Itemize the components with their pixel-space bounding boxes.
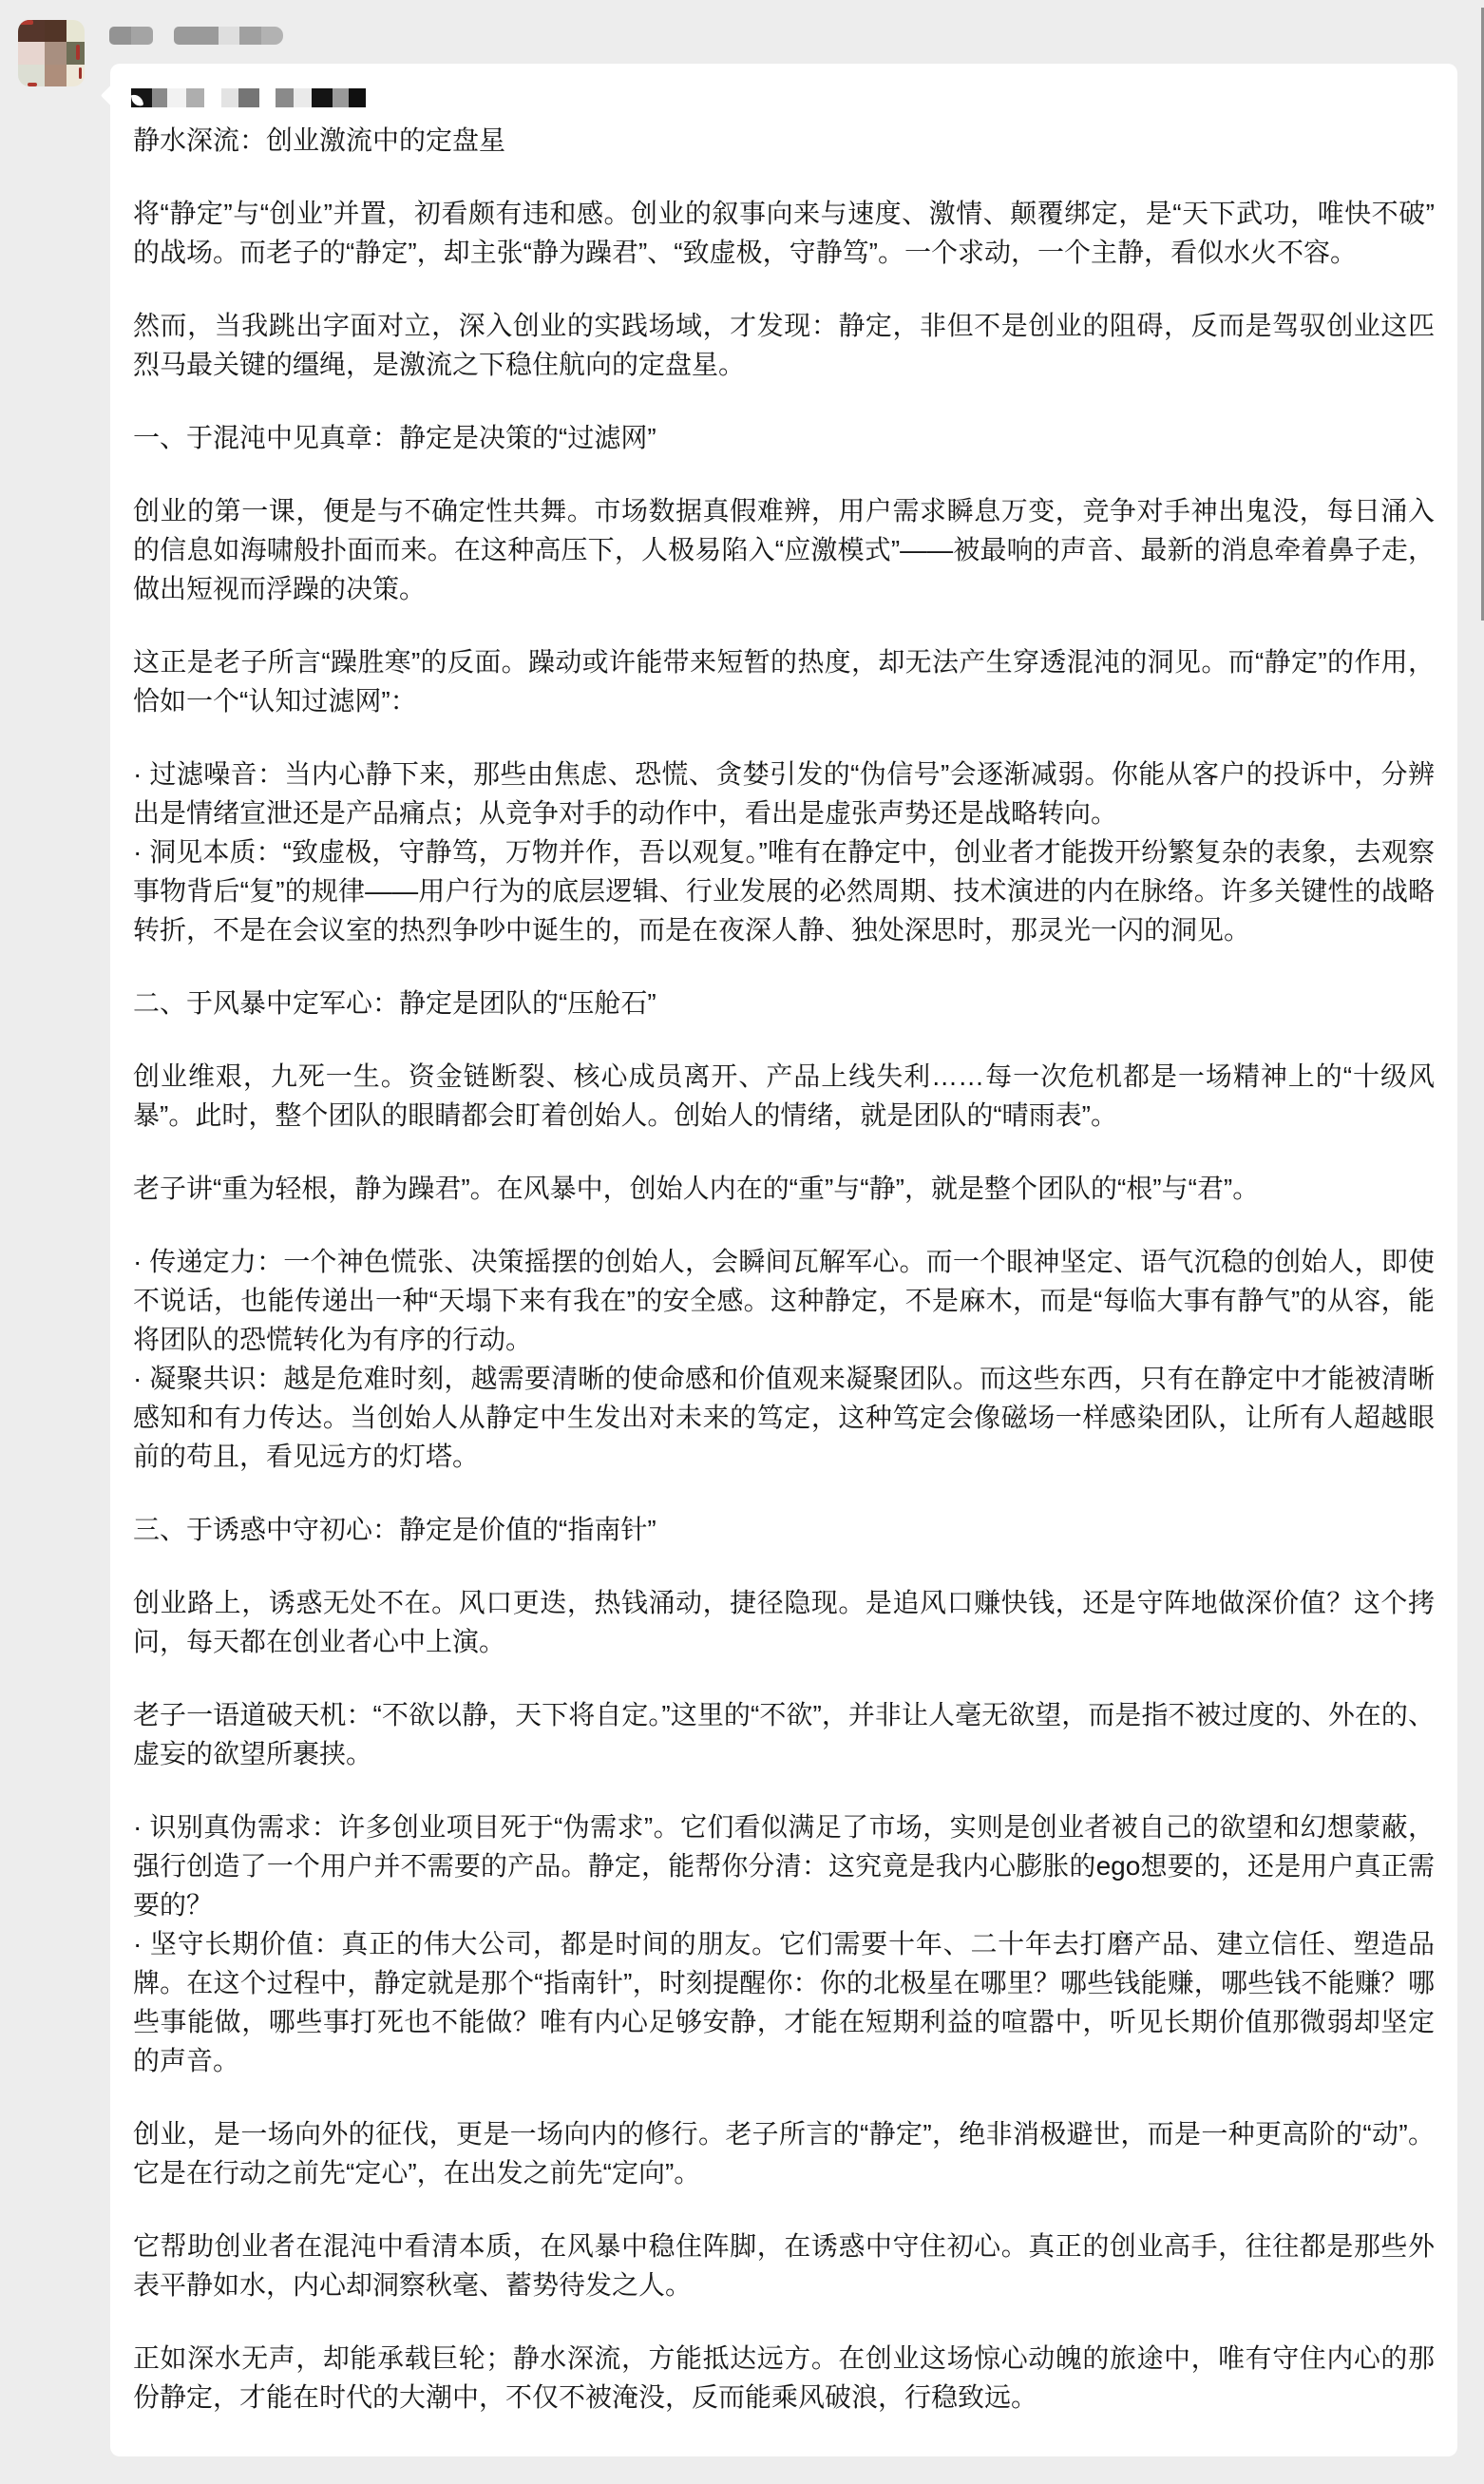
avatar-pixel (45, 42, 67, 64)
article-title: 静水深流：创业激流中的定盘星 (133, 121, 1435, 160)
redaction-block (131, 27, 153, 45)
article-paragraph: 创业的第一课，便是与不确定性共舞。市场数据真假难辨，用户需求瞬息万变，竞争对手神… (133, 491, 1435, 608)
avatar-accent (28, 83, 37, 86)
avatar-accent (20, 20, 33, 25)
redaction-block (294, 88, 312, 107)
redaction-block (109, 27, 131, 45)
article-paragraph: · 洞见本质：“致虚极，守静笃，万物并作，吾以观复。”唯有在静定中，创业者才能拨… (133, 832, 1435, 949)
article-paragraph: 将“静定”与“创业”并置，初看颇有违和感。创业的叙事向来与速度、激情、颠覆绑定，… (133, 194, 1435, 272)
redaction-block (204, 88, 221, 107)
section-heading: 一、于混沌中见真章：静定是决策的“过滤网” (133, 418, 1435, 457)
section-heading: 三、于诱惑中守初心：静定是价值的“指南针” (133, 1510, 1435, 1549)
redaction-block (349, 88, 366, 107)
article-paragraph: 老子一语道破天机：“不欲以静，天下将自定。”这里的“不欲”，并非让人毫无欲望，而… (133, 1695, 1435, 1773)
avatar-accent (76, 45, 80, 60)
article-paragraph: 创业路上，诱惑无处不在。风口更迭，热钱涌动，捷径隐现。是追风口赚快钱，还是守阵地… (133, 1583, 1435, 1661)
redaction-block (131, 88, 152, 107)
redaction-block (152, 88, 167, 107)
bubble-tail-icon (101, 86, 121, 105)
article-paragraph: 老子讲“重为轻根，静为躁君”。在风暴中，创始人内在的“重”与“静”，就是整个团队… (133, 1169, 1435, 1208)
section-heading: 二、于风暴中定军心：静定是团队的“压舱石” (133, 984, 1435, 1022)
redaction-block (221, 88, 238, 107)
redaction-block (239, 27, 261, 45)
redaction-block (167, 88, 186, 107)
redaction-block (174, 27, 219, 45)
message-bubble[interactable]: 静水深流：创业激流中的定盘星将“静定”与“创业”并置，初看颇有违和感。创业的叙事… (110, 64, 1457, 2456)
avatar-pixel-row (18, 42, 85, 64)
message-body: 静水深流：创业激流中的定盘星将“静定”与“创业”并置，初看颇有违和感。创业的叙事… (133, 121, 1435, 2417)
article-paragraph: 它帮助创业者在混沌中看清本质，在风暴中稳住阵脚，在诱惑中守住初心。真正的创业高手… (133, 2226, 1435, 2304)
redaction-block (312, 88, 333, 107)
chat-background: { "colors": { "background": "#ededed", "… (0, 0, 1484, 2484)
avatar-pixel (45, 20, 67, 42)
avatar-accent (79, 67, 82, 79)
redaction-block (186, 88, 204, 107)
article-paragraph: · 凝聚共识：越是危难时刻，越需要清晰的使命感和价值观来凝聚团队。而这些东西，只… (133, 1359, 1435, 1476)
article-paragraph: 这正是老子所言“躁胜寒”的反面。躁动或许能带来短暂的热度，却无法产生穿透混沌的洞… (133, 642, 1435, 720)
article-paragraph: · 坚守长期价值：真正的伟大公司，都是时间的朋友。它们需要十年、二十年去打磨产品… (133, 1924, 1435, 2080)
avatar-pixel (18, 42, 45, 64)
redaction-block (259, 88, 276, 107)
redaction-block (219, 27, 239, 45)
redaction-block (333, 88, 349, 107)
article-paragraph: · 识别真伪需求：许多创业项目死于“伪需求”。它们看似满足了市场，实则是创业者被… (133, 1807, 1435, 1924)
article-paragraph: · 过滤噪音：当内心静下来，那些由焦虑、恐慌、贪婪引发的“伪信号”会逐渐减弱。你… (133, 755, 1435, 832)
redaction-block (261, 27, 283, 45)
redaction-block (276, 88, 294, 107)
redacted-text-line (131, 88, 1435, 107)
avatar-pixel (45, 65, 67, 86)
redaction-segment (174, 27, 283, 45)
redaction-block (238, 88, 259, 107)
avatar-pixel (67, 65, 85, 86)
article-paragraph: 创业维艰，九死一生。资金链断裂、核心成员离开、产品上线失利……每一次危机都是一场… (133, 1057, 1435, 1135)
article-paragraph: · 传递定力：一个神色慌张、决策摇摆的创始人，会瞬间瓦解军心。而一个眼神坚定、语… (133, 1242, 1435, 1359)
redaction-segment (109, 27, 153, 45)
sender-name-redacted (109, 27, 283, 45)
article-paragraph: 创业，是一场向外的征伐，更是一场向内的修行。老子所言的“静定”，绝非消极避世，而… (133, 2114, 1435, 2192)
article-paragraph: 正如深水无声，却能承载巨轮；静水深流，方能抵达远方。在创业这场惊心动魄的旅途中，… (133, 2339, 1435, 2417)
avatar-pixel (67, 20, 85, 42)
article-paragraph: 然而，当我跳出字面对立，深入创业的实践场域，才发现：静定，非但不是创业的阻碍，反… (133, 306, 1435, 384)
avatar[interactable] (18, 20, 85, 86)
